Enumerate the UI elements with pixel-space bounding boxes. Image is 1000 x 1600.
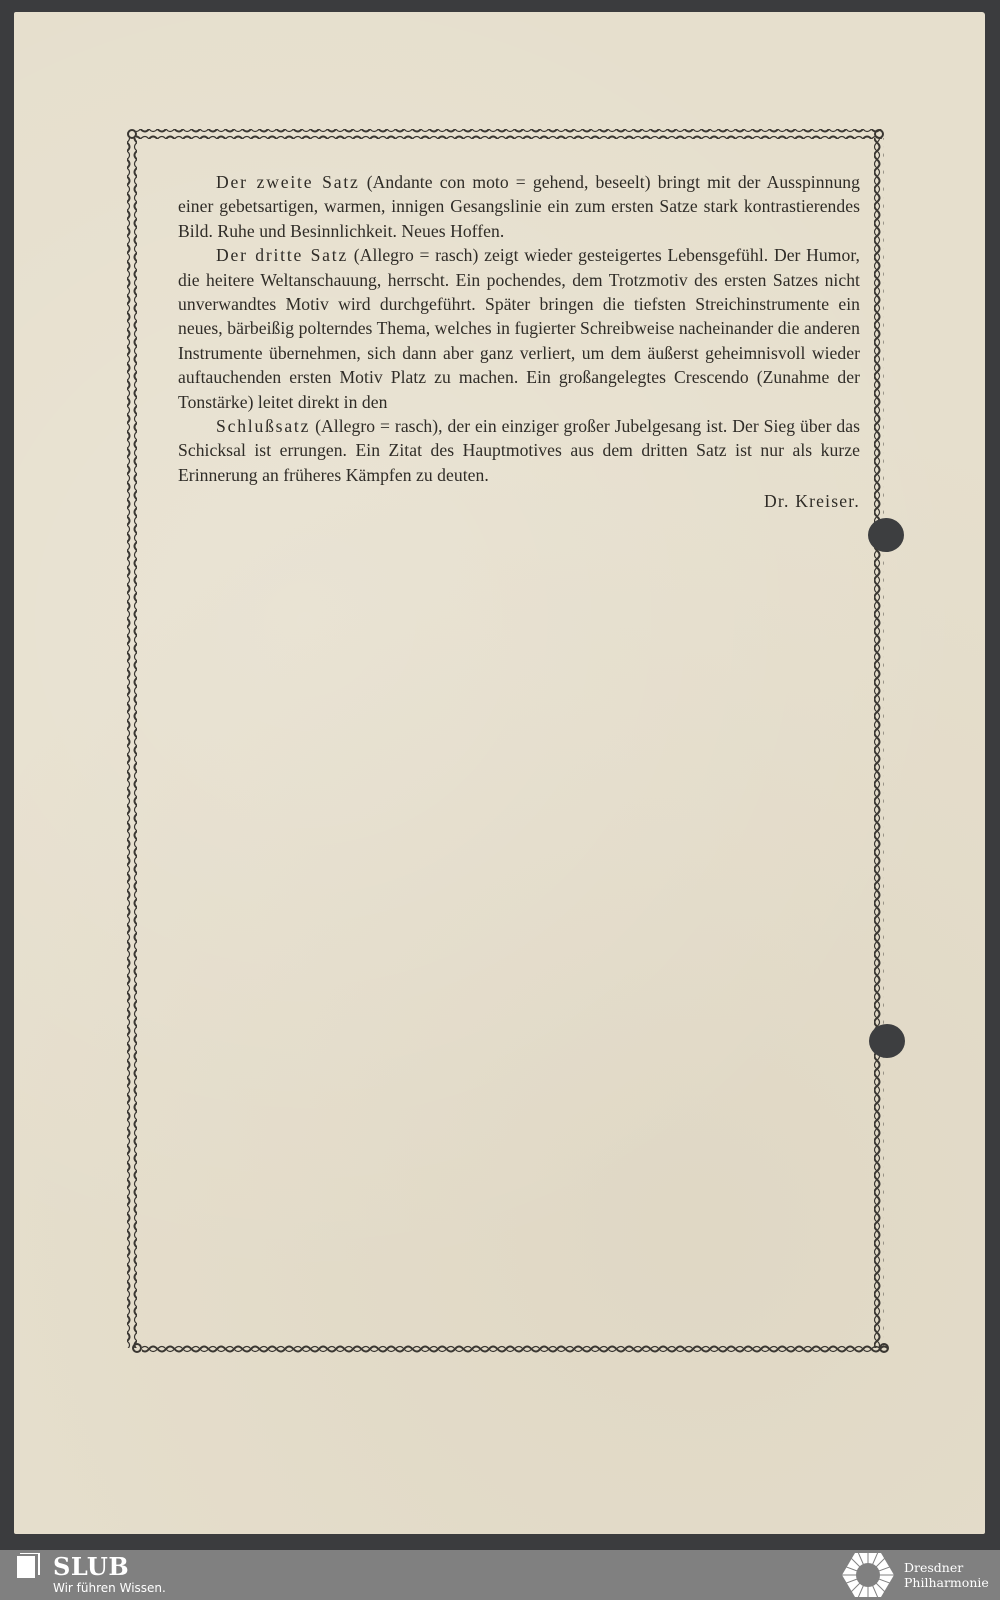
paragraph-second-movement: Der zweite Satz (Andante con moto = gehe…	[178, 170, 860, 243]
footer-bar: SLUB Wir führen Wissen. Dresdner Philhar…	[0, 1550, 1000, 1600]
author-signature: Dr. Kreiser.	[178, 489, 860, 513]
slub-tagline: Wir führen Wissen.	[53, 1581, 166, 1595]
paragraph-final-movement: Schlußsatz (Allegro = rasch), der ein ei…	[178, 414, 860, 487]
movement-heading: Schlußsatz	[216, 416, 310, 436]
program-notes-text: Der zweite Satz (Andante con moto = gehe…	[178, 170, 860, 514]
slub-book-icon	[13, 1553, 41, 1583]
slub-logo-text[interactable]: SLUB	[53, 1552, 129, 1581]
punch-hole	[868, 518, 904, 552]
dresdner-philharmonie-logo-text[interactable]: Dresdner Philharmonie	[904, 1560, 989, 1590]
punch-hole	[869, 1024, 905, 1058]
paragraph-third-movement: Der dritte Satz (Allegro = rasch) zeigt …	[178, 243, 860, 414]
movement-heading: Der zweite Satz	[216, 172, 360, 192]
movement-heading: Der dritte Satz	[216, 245, 348, 265]
dresdner-philharmonie-sunburst-icon	[841, 1552, 895, 1598]
